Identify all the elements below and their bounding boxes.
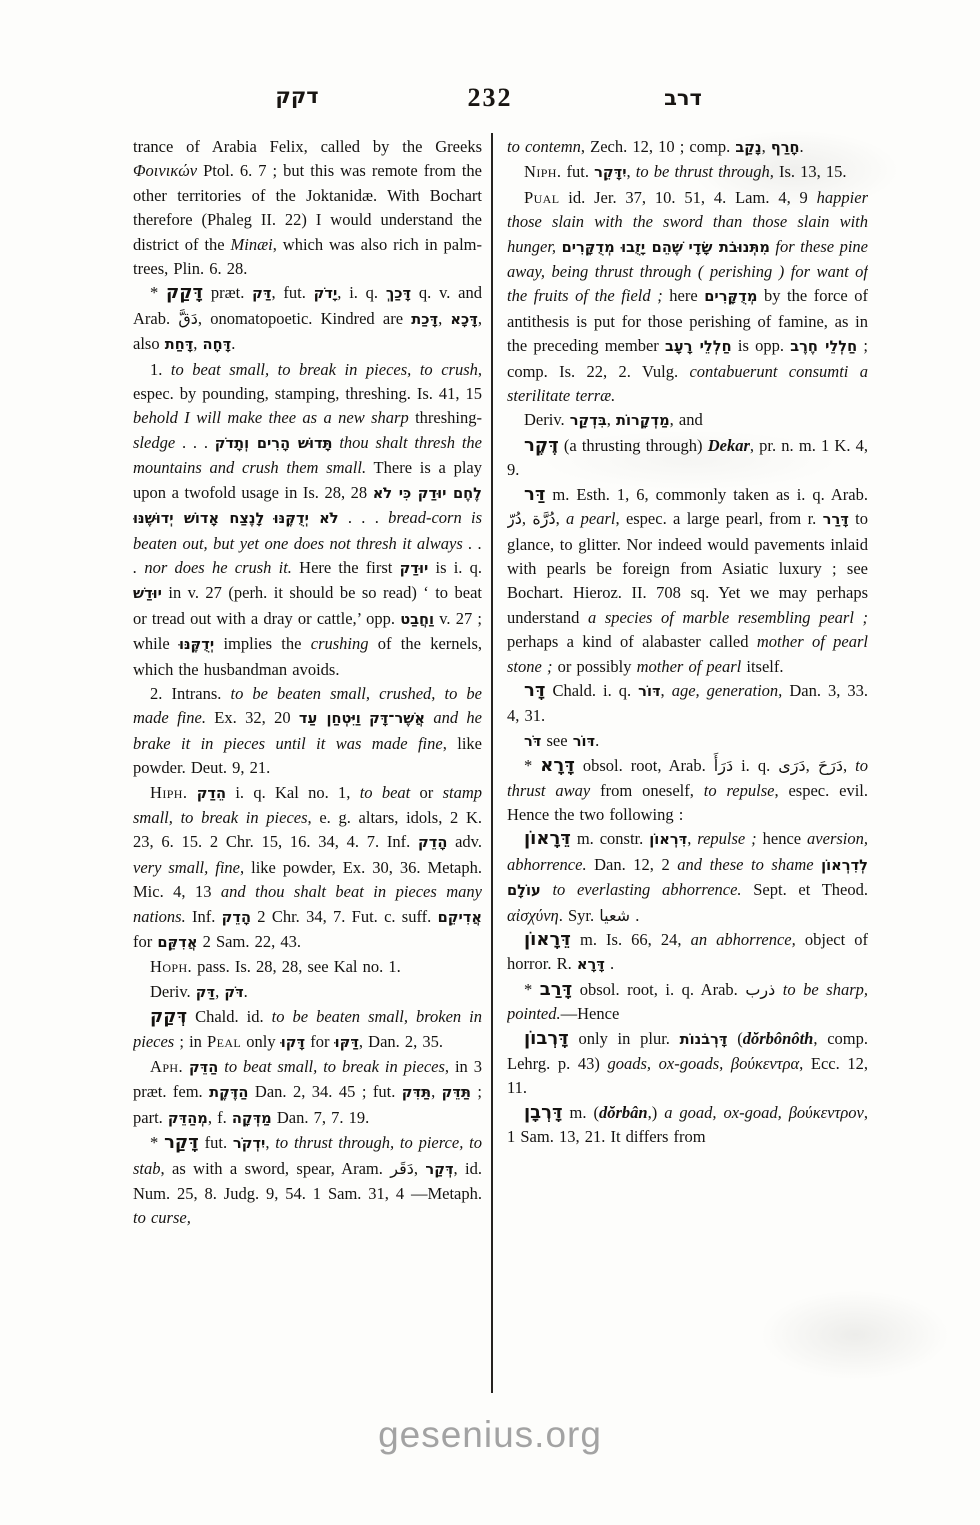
text-run: . . . xyxy=(175,433,215,452)
text-run: , xyxy=(265,1133,275,1152)
arabic-text: ذرب xyxy=(745,980,775,999)
text-run: fut. xyxy=(561,162,594,181)
text-run: obsol. root, i. q. Arab. xyxy=(572,980,745,999)
hebrew-text: הַדֶּקֶת xyxy=(209,1084,248,1101)
text-run: Deriv. xyxy=(150,982,196,1001)
text-run: , Zech. 12, 10 ; comp. xyxy=(581,137,735,156)
hebrew-text: דָּכַךְ xyxy=(386,285,411,302)
smallcaps-text: Hoph. xyxy=(150,957,192,976)
column-divider xyxy=(491,133,493,1393)
text-run: . xyxy=(605,954,614,973)
text-run: m. constr. xyxy=(571,829,649,848)
hebrew-text: חָרַף xyxy=(771,139,800,156)
arabic-text: دَقَر xyxy=(390,1159,414,1178)
right-column: to contemn, Zech. 12, 10 ; comp. נָקַב, … xyxy=(507,135,868,1405)
watermark: gesenius.org xyxy=(0,1414,980,1456)
italic-text: a pearl xyxy=(566,509,615,528)
aphel: Aph. הַדֵּק to beat small, to break in p… xyxy=(133,1055,482,1131)
entry-dorban: דָּרְבָן m. (dŏrbân,) a goad, ox-goad, β… xyxy=(507,1101,868,1150)
entry-deqer: דֶּקֶר (a thrusting through) Dekar, pr. … xyxy=(507,434,868,483)
text-run: , xyxy=(414,1159,426,1178)
text-run: pass. Is. 28, 28, see Kal no. 1. xyxy=(192,957,401,976)
text-run: , xyxy=(522,509,532,528)
entry-dorbon: דָּרְבוֹן only in plur. דָּרְבֹנוֹת (dŏr… xyxy=(507,1027,868,1101)
italic-text: to beat xyxy=(360,783,411,802)
hebrew-text: דּוֹר xyxy=(573,733,595,750)
hebrew-text: תָּדוּשׁ הָרִים וְתָדֹק xyxy=(215,435,333,452)
italic-text: crushing xyxy=(311,634,369,653)
hebrew-text: דֹּר xyxy=(524,733,541,750)
text-run: —Hence xyxy=(561,1004,620,1023)
pual: Pual id. Jer. 37, 10. 51, 4. Lam. 4, 9 h… xyxy=(507,186,868,409)
italic-text: to beat small, to break in pieces, to cr… xyxy=(171,360,478,379)
text-run: fut. xyxy=(199,1133,233,1152)
hebrew-text: חַלְלֵי רָעָב xyxy=(665,338,732,355)
hebrew-headword: דְּקַק xyxy=(150,1006,187,1027)
arabic-text: دَقَّ xyxy=(178,309,198,328)
hebrew-text: אֲדִקֵּם xyxy=(157,934,197,951)
smallcaps-text: Hiph. xyxy=(150,783,187,802)
hebrew-text: דּוֹר xyxy=(638,683,660,700)
text-run: obsol. root, Arab. xyxy=(575,756,714,775)
text-run: 2. Intrans. xyxy=(150,684,230,703)
hebrew-text: דָּרָא xyxy=(577,956,605,973)
text-run: . xyxy=(244,982,248,1001)
derivatives-daqaq: Deriv. דַּק, דֹּק. xyxy=(133,980,482,1005)
hebrew-text: וַחֲבַט xyxy=(400,611,434,628)
hebrew-text: יוּדַק xyxy=(400,560,429,577)
text-run: , xyxy=(556,509,566,528)
text-run: Inf. xyxy=(186,907,222,926)
hebrew-text: אֲשֶׁר־דָּק xyxy=(369,710,425,727)
italic-text: an abhorrence, xyxy=(691,930,796,949)
text-run: threshing- xyxy=(415,408,482,427)
hebrew-text: דָּרְבֹנוֹת xyxy=(680,1031,728,1048)
hebrew-text: דְּקַר xyxy=(425,1161,453,1178)
text-run: * xyxy=(150,283,166,302)
hebrew-headword: דָּרָא xyxy=(540,755,575,776)
italic-text: to be thrust through, xyxy=(636,162,774,181)
hebrew-text: הֵדַק xyxy=(197,785,226,802)
header-right-keyword: דרב xyxy=(618,86,748,110)
text-run: see xyxy=(541,731,572,750)
entry-daqar: * דָּקַר fut. יִדְקֹר, to thrust through… xyxy=(133,1131,482,1231)
cross-ref-dor: דֹּר see דּוֹר. xyxy=(507,729,868,754)
text-run xyxy=(541,880,553,899)
hophal: Hoph. pass. Is. 28, 28, see Kal no. 1. xyxy=(133,955,482,979)
arabic-text: دَرَى xyxy=(778,756,805,775)
left-column: trance of Arabia Felix, called by the Gr… xyxy=(133,135,482,1405)
text-run xyxy=(361,708,369,727)
hebrew-headword: דָּרְבָן xyxy=(524,1102,563,1123)
derivatives-daqar: Deriv. בִּדְקַר, מַדְקָרוֹת, and xyxy=(507,408,868,433)
page-number: 232 xyxy=(428,83,552,113)
text-run: , xyxy=(438,309,450,328)
text-run: , f. xyxy=(208,1108,232,1127)
bold-italic-text: dŏrbân xyxy=(599,1103,648,1122)
smallcaps-text: Pual xyxy=(524,188,559,207)
text-run: . xyxy=(800,137,804,156)
hebrew-text: יוּדַשׁ xyxy=(133,585,162,602)
text-run: , xyxy=(193,334,202,353)
hebrew-text: מְדֻקָּרִים xyxy=(704,288,757,305)
text-run: m. Is. 66, 24, xyxy=(571,930,691,949)
text-run: , xyxy=(215,982,224,1001)
text-run: , xyxy=(661,681,672,700)
text-run: itself. xyxy=(741,657,783,676)
italic-text: sledge xyxy=(133,433,175,452)
text-run: Chald. i. q. xyxy=(545,681,638,700)
hebrew-headword: דָּקַק xyxy=(166,282,203,303)
hebrew-text: הַדֵּק xyxy=(189,1059,218,1076)
hebrew-text: הָדֵק xyxy=(222,909,251,926)
entry-deqaq-chald: דְּקַק Chald. id. to be beaten small, br… xyxy=(133,1005,482,1055)
entry-darab: * דָּרַב obsol. root, i. q. Arab. ذرب to… xyxy=(507,978,868,1027)
hebrew-text: יִדָּקֵר xyxy=(594,164,626,181)
text-run: . . . xyxy=(339,508,389,527)
para-continuation-contemn: to contemn, Zech. 12, 10 ; comp. נָקַב, … xyxy=(507,135,868,160)
text-run: , xyxy=(806,756,818,775)
text-run: only xyxy=(241,1032,281,1051)
italic-text: behold I will make thee as a new sharp xyxy=(133,408,415,427)
greek-text: βούκεντρα xyxy=(731,1054,799,1073)
text-run: m. ( xyxy=(563,1103,599,1122)
text-run: Deriv. xyxy=(524,410,570,429)
text-run: , xyxy=(607,410,616,429)
hebrew-headword: דֶּקֶר xyxy=(524,435,559,456)
hebrew-text: דַּקּוּ xyxy=(335,1034,359,1051)
text-run xyxy=(723,1054,731,1073)
hebrew-text: דָּקוּ xyxy=(281,1034,305,1051)
entry-deraon-1: דֵּרָאוֹן m. constr. דִּרְאוֹן, repulse … xyxy=(507,827,868,928)
greek-text: αἰσχύνη xyxy=(507,906,559,925)
italic-text: age, generation, xyxy=(672,681,783,700)
arabic-text: شعيا xyxy=(599,906,630,925)
hebrew-text: מַדְּקָה xyxy=(232,1110,272,1127)
text-run: id. Jer. 37, 10. 51, 4. Lam. 4, 9 xyxy=(559,188,816,207)
text-run: from oneself, xyxy=(590,781,704,800)
hebrew-text: תַּדֵּק xyxy=(442,1084,471,1101)
text-run: perhaps a kind of alabaster called xyxy=(507,632,757,651)
text-run: Sept. et Theod. xyxy=(742,880,868,899)
text-run: for xyxy=(133,932,157,951)
hebrew-text: וַיִּטְחַן עַד xyxy=(299,710,361,727)
hebrew-headword: דָּרְבוֹן xyxy=(524,1028,569,1049)
text-run: , onomatopoetic. Kindred are xyxy=(198,309,411,328)
text-run: 2 Chr. 34, 7. Fut. c. suff. xyxy=(251,907,438,926)
text-run: Is. 13, 15. xyxy=(774,162,847,181)
text-run: præt. xyxy=(203,283,252,302)
hebrew-text: יִדְקֹר xyxy=(233,1135,265,1152)
hebrew-headword: דַּר xyxy=(524,484,545,505)
text-run: Here the first xyxy=(292,558,400,577)
entry-dar: דַּר m. Esth. 1, 6, commonly taken as i.… xyxy=(507,483,868,679)
italic-text: to curse, xyxy=(133,1208,191,1227)
sense-2: 2. Intrans. to be beaten small, crushed,… xyxy=(133,682,482,781)
arabic-text: دُرّ xyxy=(507,509,522,528)
italic-text: goads, ox-goads, xyxy=(607,1054,723,1073)
text-run: i. q. xyxy=(733,756,778,775)
text-run: , i. q. xyxy=(337,283,386,302)
text-run: . xyxy=(231,334,235,353)
smallcaps-text: Aph. xyxy=(150,1057,183,1076)
italic-text: repulse ; xyxy=(697,829,756,848)
text-run: i. q. Kal no. 1, xyxy=(226,783,360,802)
bold-italic-text: Dekar xyxy=(708,436,750,455)
italic-text: Minæi xyxy=(231,235,273,254)
hebrew-text: מִתְּנוּבֹת שָׂדָי xyxy=(688,239,769,256)
text-run: hence xyxy=(757,829,807,848)
niphal: Niph. fut. יִדָּקֵר, to be thrust throug… xyxy=(507,160,868,185)
hebrew-text: שֶׁהֵם יָזֻבוּ מְדֻקָּרִים xyxy=(562,239,683,256)
smallcaps-text: Niph. xyxy=(524,162,561,181)
hebrew-headword: דָּקַר xyxy=(164,1132,199,1153)
text-run: here xyxy=(663,286,705,305)
text-run: adv. xyxy=(447,832,482,851)
text-run: Dan. 2, 34. 45 ; fut. xyxy=(248,1082,401,1101)
italic-text: a goad, ox-goad, xyxy=(664,1103,782,1122)
text-run xyxy=(264,508,273,527)
hebrew-headword: דָּר xyxy=(524,680,545,701)
text-run: , as with a sword, spear, Aram. xyxy=(161,1159,391,1178)
text-run: Dan. 12, 2 xyxy=(587,855,678,874)
hebrew-text: דָּכַת xyxy=(411,311,438,328)
text-run: . xyxy=(595,731,599,750)
arabic-text: دَرَأَ xyxy=(714,756,733,775)
italic-text: to beat small, to break in pieces xyxy=(224,1057,445,1076)
hebrew-text: מְהַדֵּק xyxy=(168,1110,208,1127)
text-run: m. Esth. 1, 6, commonly taken as i. q. A… xyxy=(545,485,868,504)
text-run: or xyxy=(410,783,442,802)
text-run: ,) xyxy=(648,1103,665,1122)
italic-text: to repulse xyxy=(704,781,775,800)
text-run: , xyxy=(762,137,771,156)
hebrew-text: דָּחָה xyxy=(203,336,232,353)
text-run: for xyxy=(305,1032,335,1051)
italic-text: mother of pearl xyxy=(637,657,742,676)
text-run: ; in xyxy=(174,1032,207,1051)
hebrew-text: לֹא יְדֻקֶּנּוּ xyxy=(274,510,339,527)
entry-daqaq: * דָּקַק præt. דַּק, fut. יָדֹק, i. q. ד… xyxy=(133,281,482,357)
sense-1: 1. to beat small, to break in pieces, to… xyxy=(133,358,482,682)
text-run xyxy=(782,1103,789,1122)
hebrew-text: דַּק xyxy=(196,984,215,1001)
text-run: * xyxy=(150,1133,164,1152)
para-continuation-minaei: trance of Arabia Felix, called by the Gr… xyxy=(133,135,482,281)
hebrew-text: הָדֵק xyxy=(418,834,447,851)
text-run xyxy=(187,783,196,802)
italic-text: and these to shame xyxy=(677,855,821,874)
text-run: trance of Arabia Felix, called by the Gr… xyxy=(133,137,482,156)
hebrew-text: דִּרְאוֹן xyxy=(649,831,687,848)
hebrew-headword: דֵּרָאוֹן xyxy=(524,828,571,849)
text-run: only in plur. xyxy=(569,1029,680,1048)
hebrew-text: דֹּק xyxy=(224,984,243,1001)
text-run: Chald. id. xyxy=(187,1007,272,1026)
text-run: Dan. 7, 7. 19. xyxy=(272,1108,370,1127)
header-left-keyword: דקק xyxy=(232,84,362,108)
hebrew-text: מַדְקָרוֹת xyxy=(616,412,670,429)
text-run: ( xyxy=(728,1029,743,1048)
text-run: is i. q. xyxy=(428,558,482,577)
smallcaps-text: Peal xyxy=(207,1032,241,1051)
text-run: , fut. xyxy=(272,283,314,302)
text-run: , espec. a large pearl, from r. xyxy=(615,509,822,528)
text-run: is opp. xyxy=(732,336,791,355)
hebrew-text: דָּרַר xyxy=(823,511,849,528)
text-run: 2 Sam. 22, 43. xyxy=(198,932,301,951)
text-run: Ex. 32, 20 xyxy=(206,708,299,727)
italic-text: a species of marble resembling pearl ; xyxy=(588,608,868,627)
text-run: 1. xyxy=(150,360,171,379)
entry-dara: * דָּרָא obsol. root, Arab. دَرَأَ i. q.… xyxy=(507,754,868,827)
arabic-text: دَرَحَ xyxy=(818,756,843,775)
hebrew-text: חַלְלֵי חֶרֶב xyxy=(790,338,857,355)
text-run: , and xyxy=(670,410,703,429)
hebrew-text: בִּדְקַר xyxy=(570,412,607,429)
text-run: or possibly xyxy=(552,657,636,676)
text-run xyxy=(775,980,783,999)
hebrew-text: יָדֹק xyxy=(314,285,338,302)
hebrew-text: אֲדִיקֵם xyxy=(438,909,482,926)
hebrew-text: דָּכָא xyxy=(450,311,477,328)
italic-text: to contemn xyxy=(507,137,581,156)
hiphil: Hiph. הֵדַק i. q. Kal no. 1, to beat or … xyxy=(133,781,482,956)
text-run: , xyxy=(431,1082,442,1101)
italic-text: to everlasting abhorrence. xyxy=(552,880,741,899)
text-run: , xyxy=(627,162,636,181)
text-run: (a thrusting through) xyxy=(559,436,708,455)
text-run: , xyxy=(687,829,697,848)
bold-italic-text: dŏrbônôth xyxy=(743,1029,814,1048)
book-page: דקק 232 דרב trance of Arabia Felix, call… xyxy=(0,0,980,1525)
text-run: implies the xyxy=(214,634,311,653)
hebrew-text: תַּדִּק xyxy=(402,1084,431,1101)
hebrew-text: דָּחַת xyxy=(165,336,194,353)
hebrew-text: יְדֻקֶּנּוּ xyxy=(179,636,214,653)
text-run: , xyxy=(843,756,855,775)
entry-dar-chald: דָּר Chald. i. q. דּוֹר, age, generation… xyxy=(507,679,868,729)
text-run: , Dan. 2, 35. xyxy=(359,1032,443,1051)
entry-deraon-2: דֵּרָאוֹן m. Is. 66, 24, an abhorrence, … xyxy=(507,928,868,978)
italic-text: very small, fine xyxy=(133,858,240,877)
hebrew-text: נָקַב xyxy=(735,139,761,156)
text-run: * xyxy=(524,756,540,775)
arabic-text: دُرَّة xyxy=(532,509,555,528)
text-run: * xyxy=(524,980,540,999)
text-run: . xyxy=(630,906,639,925)
greek-text: βούκεντρον xyxy=(789,1103,864,1122)
hebrew-headword: דָּרַב xyxy=(540,979,572,1000)
greek-text: Φοινικών xyxy=(133,161,197,180)
hebrew-headword: דֵּרָאוֹן xyxy=(524,929,571,950)
hebrew-text: דַּק xyxy=(252,285,271,302)
text-run: . Syr. xyxy=(559,906,600,925)
